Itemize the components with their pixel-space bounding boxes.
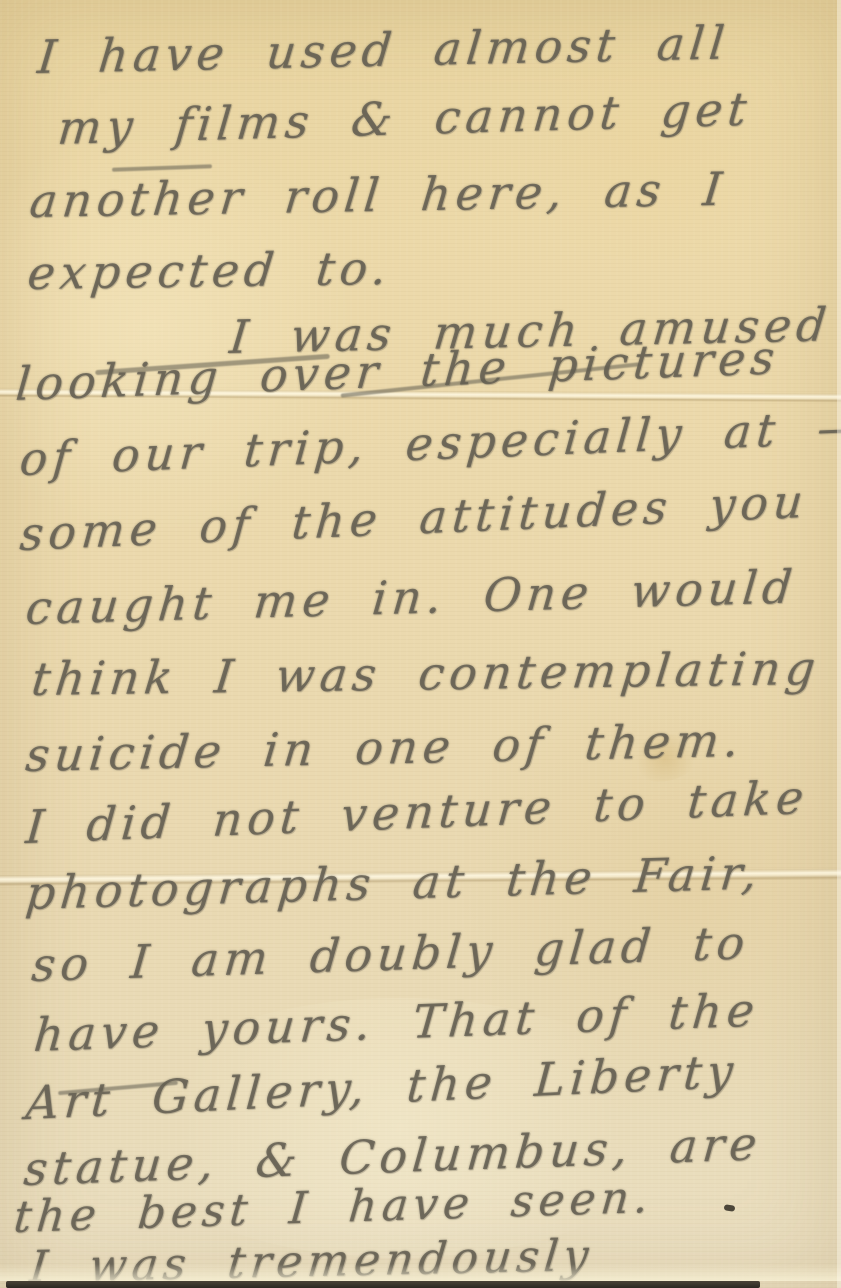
handwriting-line: think I was contemplating bbox=[29, 641, 823, 706]
handwriting-line: photographs at the Fair, bbox=[23, 845, 764, 920]
paper-speck bbox=[724, 1204, 736, 1211]
scan-edge bbox=[837, 0, 841, 1288]
handwriting-line: suicide in one of them. bbox=[23, 713, 746, 782]
handwriting-line: of our trip, especially at — bbox=[18, 399, 841, 486]
handwriting-line: I did not venture to take bbox=[24, 770, 811, 854]
handwriting-line: I have used almost all bbox=[35, 15, 732, 84]
handwriting-line: another roll here, as I bbox=[27, 162, 729, 228]
handwriting-line: some of the attitudes you bbox=[18, 474, 810, 561]
letter-page: I have used almost all my films & cannot… bbox=[0, 0, 841, 1288]
handwriting-line: caught me in. One would bbox=[23, 559, 799, 635]
handwriting-line: my films & cannot get bbox=[55, 82, 753, 156]
handwriting-line: expected to. bbox=[25, 241, 394, 300]
handwriting-line: so I am doubly glad to bbox=[30, 915, 752, 992]
